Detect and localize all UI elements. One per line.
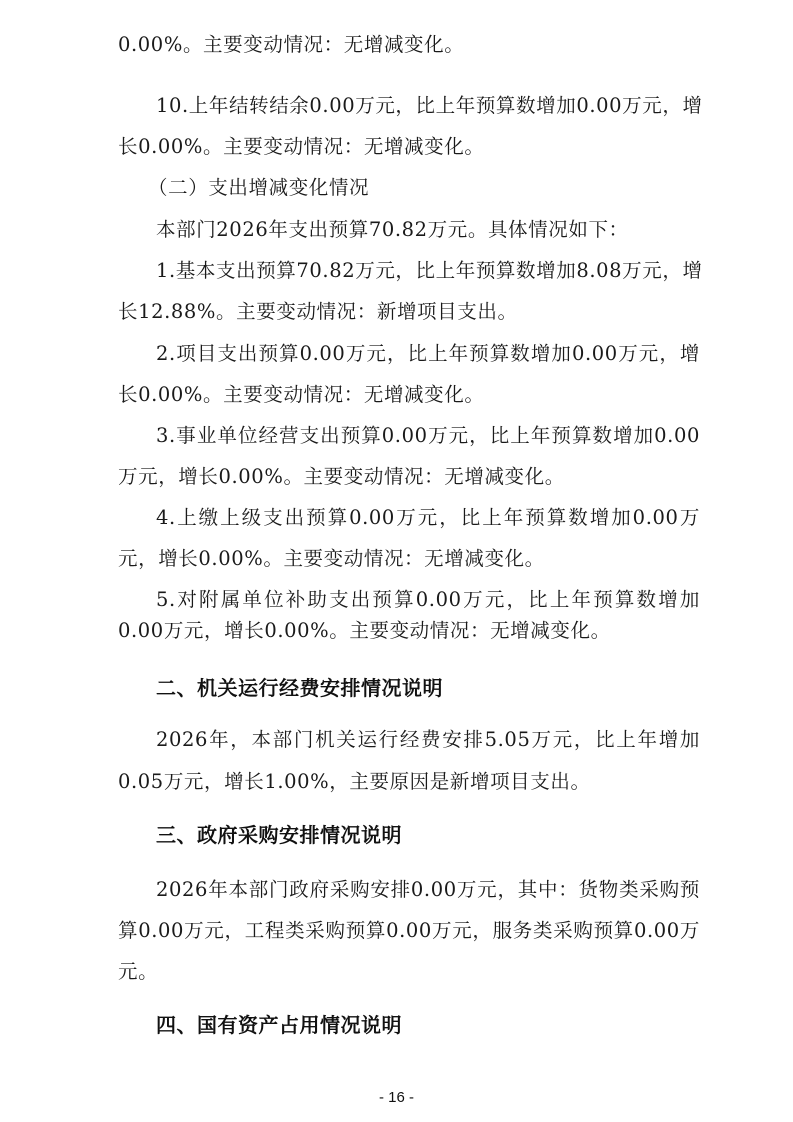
text-line: 0.00%。主要变动情况：无增减变化。 [118,33,700,57]
section-heading-procurement: 三、政府采购安排情况说明 [156,823,402,847]
text-line: 2026年本部门政府采购安排0.00万元，其中：货物类采购预 [156,878,700,902]
text-line: 0.05万元，增长1.00%，主要原因是新增项目支出。 [118,770,700,794]
text-line: 长0.00%。主要变动情况：无增减变化。 [118,383,700,407]
document-page: 0.00%。主要变动情况：无增减变化。 10.上年结转结余0.00万元，比上年预… [0,0,793,1122]
text-line: 3.事业单位经营支出预算0.00万元，比上年预算数增加0.00 [156,424,700,448]
text-line: 2.项目支出预算0.00万元，比上年预算数增加0.00万元，增 [156,342,700,366]
text-line: 长12.88%。主要变动情况：新增项目支出。 [118,300,700,324]
text-line: 10.上年结转结余0.00万元，比上年预算数增加0.00万元，增 [156,94,700,118]
text-line: 0.00万元，增长0.00%。主要变动情况：无增减变化。 [118,619,700,643]
text-line: 算0.00万元，工程类采购预算0.00万元，服务类采购预算0.00万 [118,919,700,943]
text-line: 4.上缴上级支出预算0.00万元，比上年预算数增加0.00万 [156,506,700,530]
text-line: 万元，增长0.00%。主要变动情况：无增减变化。 [118,465,700,489]
text-line: 长0.00%。主要变动情况：无增减变化。 [118,135,700,159]
text-line: 2026年，本部门机关运行经费安排5.05万元，比上年增加 [156,728,700,752]
section-heading-state-assets: 四、国有资产占用情况说明 [156,1013,402,1037]
subsection-heading: （二）支出增减变化情况 [148,176,730,200]
text-line: 本部门2026年支出预算70.82万元。具体情况如下： [156,218,700,242]
text-line: 元。 [118,960,700,984]
text-line: 1.基本支出预算70.82万元，比上年预算数增加8.08万元，增 [156,259,700,283]
text-line: 5.对附属单位补助支出预算0.00万元，比上年预算数增加 [156,588,700,612]
section-heading-operating-expenses: 二、机关运行经费安排情况说明 [156,676,443,700]
page-number: - 16 - [0,1089,793,1106]
text-line: 元，增长0.00%。主要变动情况：无增减变化。 [118,547,700,571]
